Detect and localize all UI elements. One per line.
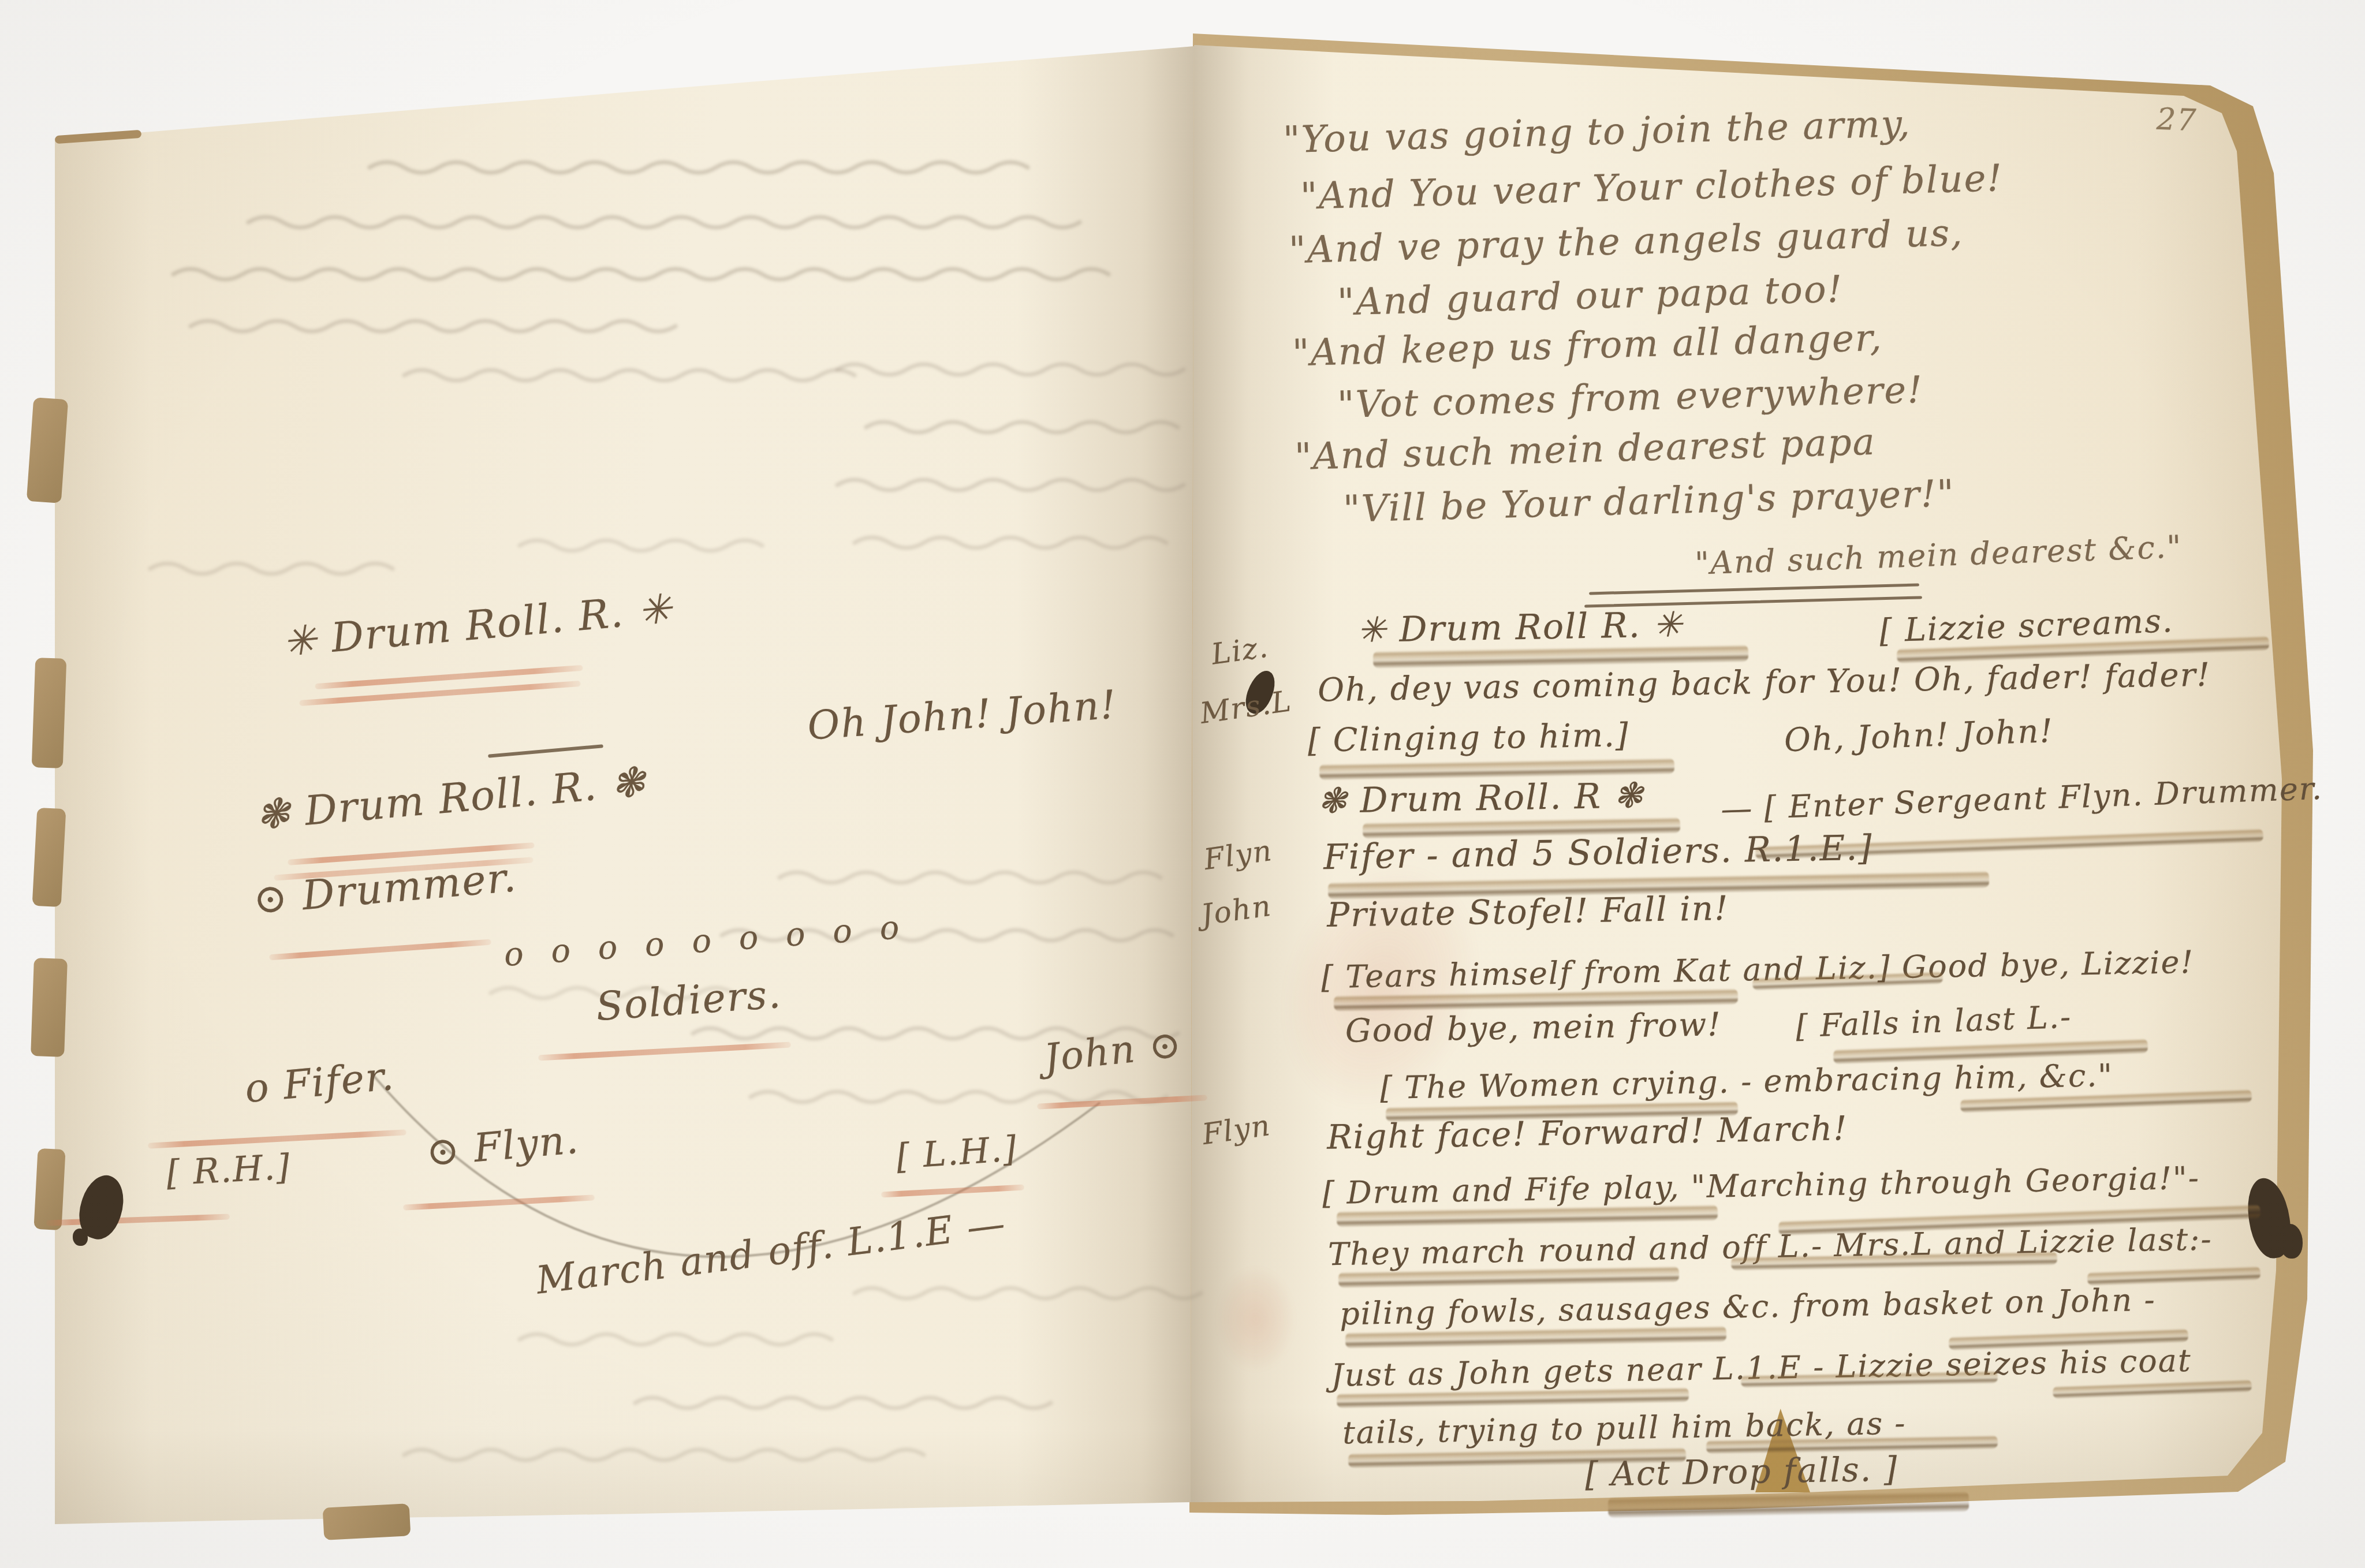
page-number: 27 [2156, 102, 2198, 138]
script-line: Private Stofel! Fall in! [1326, 888, 1729, 935]
left-left-hand: [ L.H.] [895, 1129, 1019, 1177]
script-line: Good bye, mein frow! [1345, 1006, 1722, 1050]
script-line: ✳ Drum Roll R. ✳ [1356, 604, 1683, 651]
ink-blot [2280, 1224, 2303, 1259]
script-line: ❃ Drum Roll. R ❃ [1317, 775, 1644, 822]
manuscript-photo: ✳ Drum Roll. R. ✳ Oh John! John! ❃ Drum … [0, 0, 2365, 1568]
script-line-act-drop: [ Act Drop falls. ] [1584, 1449, 1898, 1494]
left-right-hand: [ R.H.] [165, 1147, 292, 1193]
script-line: [ Clinging to him.] [1307, 716, 1629, 760]
ink-blot [73, 1229, 88, 1246]
